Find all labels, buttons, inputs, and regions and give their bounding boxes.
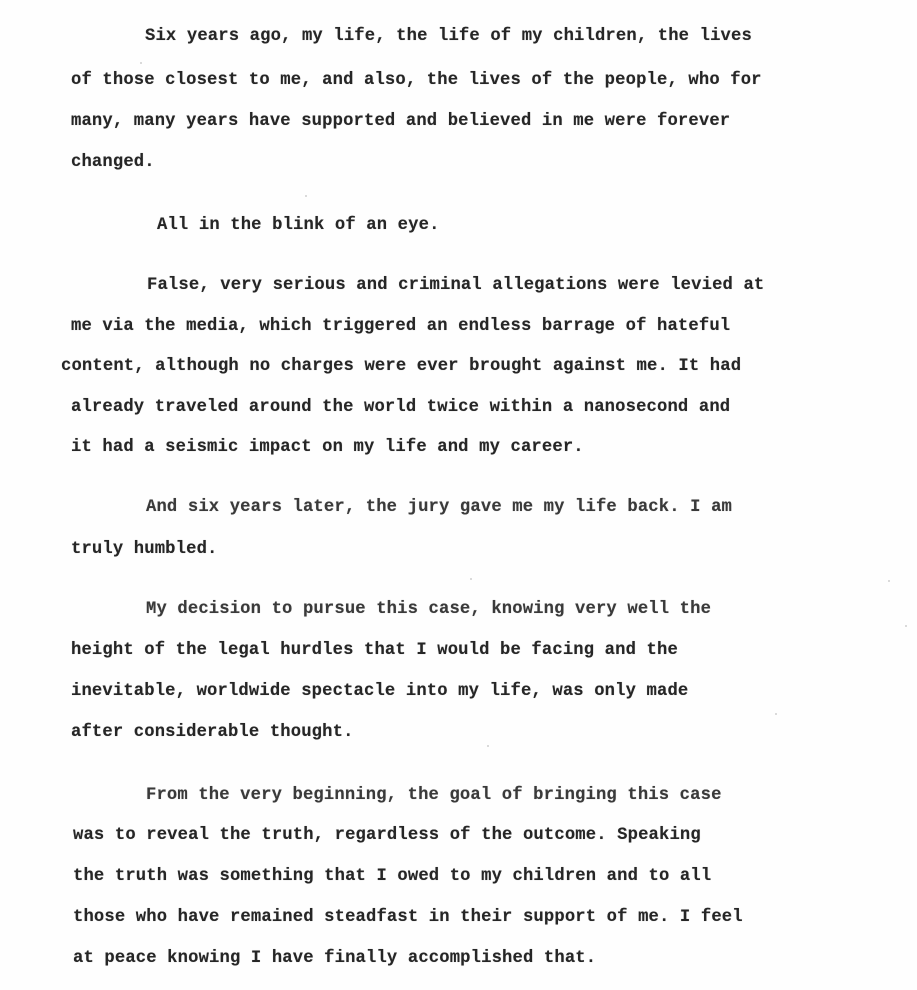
paragraph-1-line-3: many, many years have supported and beli… bbox=[71, 111, 730, 133]
typewritten-statement-page: Six years ago, my life, the life of my c… bbox=[0, 0, 917, 990]
paragraph-6-line-4: those who have remained steadfast in the… bbox=[73, 907, 743, 929]
scan-speck bbox=[487, 745, 489, 747]
paragraph-5-line-4: after considerable thought. bbox=[71, 722, 354, 744]
paragraph-3-line-5: it had a seismic impact on my life and m… bbox=[71, 437, 584, 459]
paragraph-3-line-2: me via the media, which triggered an end… bbox=[71, 316, 730, 338]
paragraph-1-line-2: of those closest to me, and also, the li… bbox=[71, 70, 762, 92]
paragraph-6-line-5: at peace knowing I have finally accompli… bbox=[73, 948, 596, 970]
paragraph-5-line-1: My decision to pursue this case, knowing… bbox=[146, 599, 711, 621]
paragraph-2-line-1: All in the blink of an eye. bbox=[157, 215, 440, 237]
paragraph-4-line-1: And six years later, the jury gave me my… bbox=[146, 497, 732, 519]
paragraph-1-line-4: changed. bbox=[71, 152, 155, 174]
paragraph-3-line-1: False, very serious and criminal allegat… bbox=[147, 275, 764, 297]
paragraph-1-line-1: Six years ago, my life, the life of my c… bbox=[145, 26, 752, 48]
scan-speck bbox=[140, 62, 142, 64]
scan-speck bbox=[888, 580, 890, 582]
paragraph-3-line-3: content, although no charges were ever b… bbox=[61, 356, 741, 378]
paragraph-6-line-2: was to reveal the truth, regardless of t… bbox=[73, 825, 701, 847]
paragraph-6-line-3: the truth was something that I owed to m… bbox=[73, 866, 711, 888]
scan-speck bbox=[470, 578, 472, 580]
scan-speck bbox=[905, 625, 907, 627]
paragraph-3-line-4: already traveled around the world twice … bbox=[71, 397, 730, 419]
paragraph-4-line-2: truly humbled. bbox=[71, 539, 218, 561]
scan-speck bbox=[305, 195, 307, 197]
scan-speck bbox=[775, 713, 777, 715]
paragraph-5-line-2: height of the legal hurdles that I would… bbox=[71, 640, 678, 662]
paragraph-6-line-1: From the very beginning, the goal of bri… bbox=[146, 785, 722, 807]
paragraph-5-line-3: inevitable, worldwide spectacle into my … bbox=[71, 681, 688, 703]
